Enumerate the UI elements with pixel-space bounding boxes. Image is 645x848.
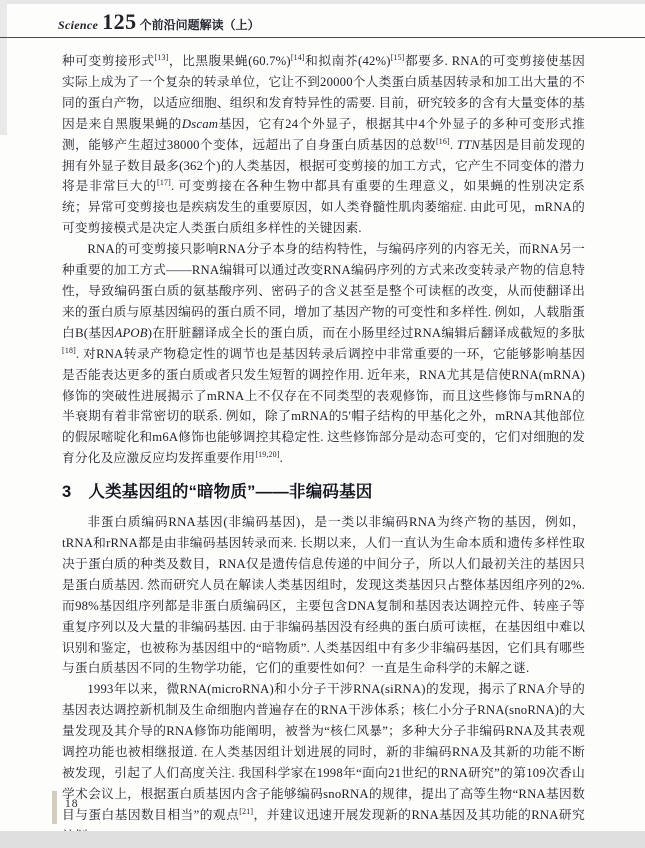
header-journal-name: Science <box>58 18 98 32</box>
footer-accent-bar <box>52 791 57 824</box>
section-number: 3 <box>62 483 71 501</box>
scan-edge-bottom <box>0 831 645 848</box>
citation-ref: [15] <box>391 53 405 62</box>
header-series-number: 125 <box>98 9 140 34</box>
gene-name: APOB <box>115 326 148 340</box>
gene-name: TTN <box>457 138 480 152</box>
scan-edge-left <box>0 0 7 135</box>
scanned-page: Science125个前沿问题解读（上） 种可变剪接形式[13]，比黑腹果蝇(6… <box>0 0 645 848</box>
citation-ref: [19,20] <box>255 450 279 459</box>
text-run: . <box>280 451 283 465</box>
header-book-title: 个前沿问题解读（上） <box>140 18 260 32</box>
scan-edge-top <box>0 0 645 4</box>
paragraph: 1993年以来，微RNA(microRNA)和小分子干涉RNA(siRNA)的发… <box>62 679 585 846</box>
page-number: 18 <box>65 798 79 810</box>
citation-ref: [21] <box>239 807 253 816</box>
body-text: 种可变剪接形式[13]，比黑腹果蝇(60.7%)[14]和拟南芥(42%)[15… <box>62 51 585 847</box>
section-heading: 3人类基因组的“暗物质”——非编码基因 <box>62 480 585 505</box>
text-run: 种可变剪接形式 <box>62 54 155 68</box>
text-run: ，比黑腹果蝇(60.7%) <box>169 54 291 68</box>
citation-ref: [17] <box>157 178 171 187</box>
text-run: 1993年以来，微RNA(microRNA)和小分子干涉RNA(siRNA)的发… <box>62 682 585 821</box>
paragraph: 非蛋白质编码RNA基因(非编码基因)，是一类以非编码RNA为终产物的基因，例如，… <box>62 512 585 679</box>
paragraph: RNA的可变剪接只影响RNA分子本身的结构特性，与编码序列的内容无关，而RNA另… <box>62 239 585 469</box>
citation-ref: [16] <box>436 136 450 145</box>
citation-ref: [18] <box>62 345 76 354</box>
text-run: . 对RNA转录产物稳定性的调节也是基因转录后调控中非常重要的一环，它能够影响基… <box>62 347 585 466</box>
gene-name: Dscam <box>182 117 218 131</box>
text-run: . <box>450 138 457 152</box>
section-title: 人类基因组的“暗物质”——非编码基因 <box>88 483 372 501</box>
text-run: 非蛋白质编码RNA基因(非编码基因)，是一类以非编码RNA为终产物的基因，例如，… <box>62 515 585 675</box>
text-run: 和拟南芥(42%) <box>305 54 391 68</box>
citation-ref: [14] <box>291 53 305 62</box>
header-rule <box>0 37 645 38</box>
running-header: Science125个前沿问题解读（上） <box>58 9 585 35</box>
citation-ref: [13] <box>155 53 169 62</box>
text-run: )在肝脏翻译成全长的蛋白质，而在小肠里经过RNA编辑后翻译成截短的多肽 <box>148 326 585 340</box>
paragraph: 种可变剪接形式[13]，比黑腹果蝇(60.7%)[14]和拟南芥(42%)[15… <box>62 51 585 239</box>
